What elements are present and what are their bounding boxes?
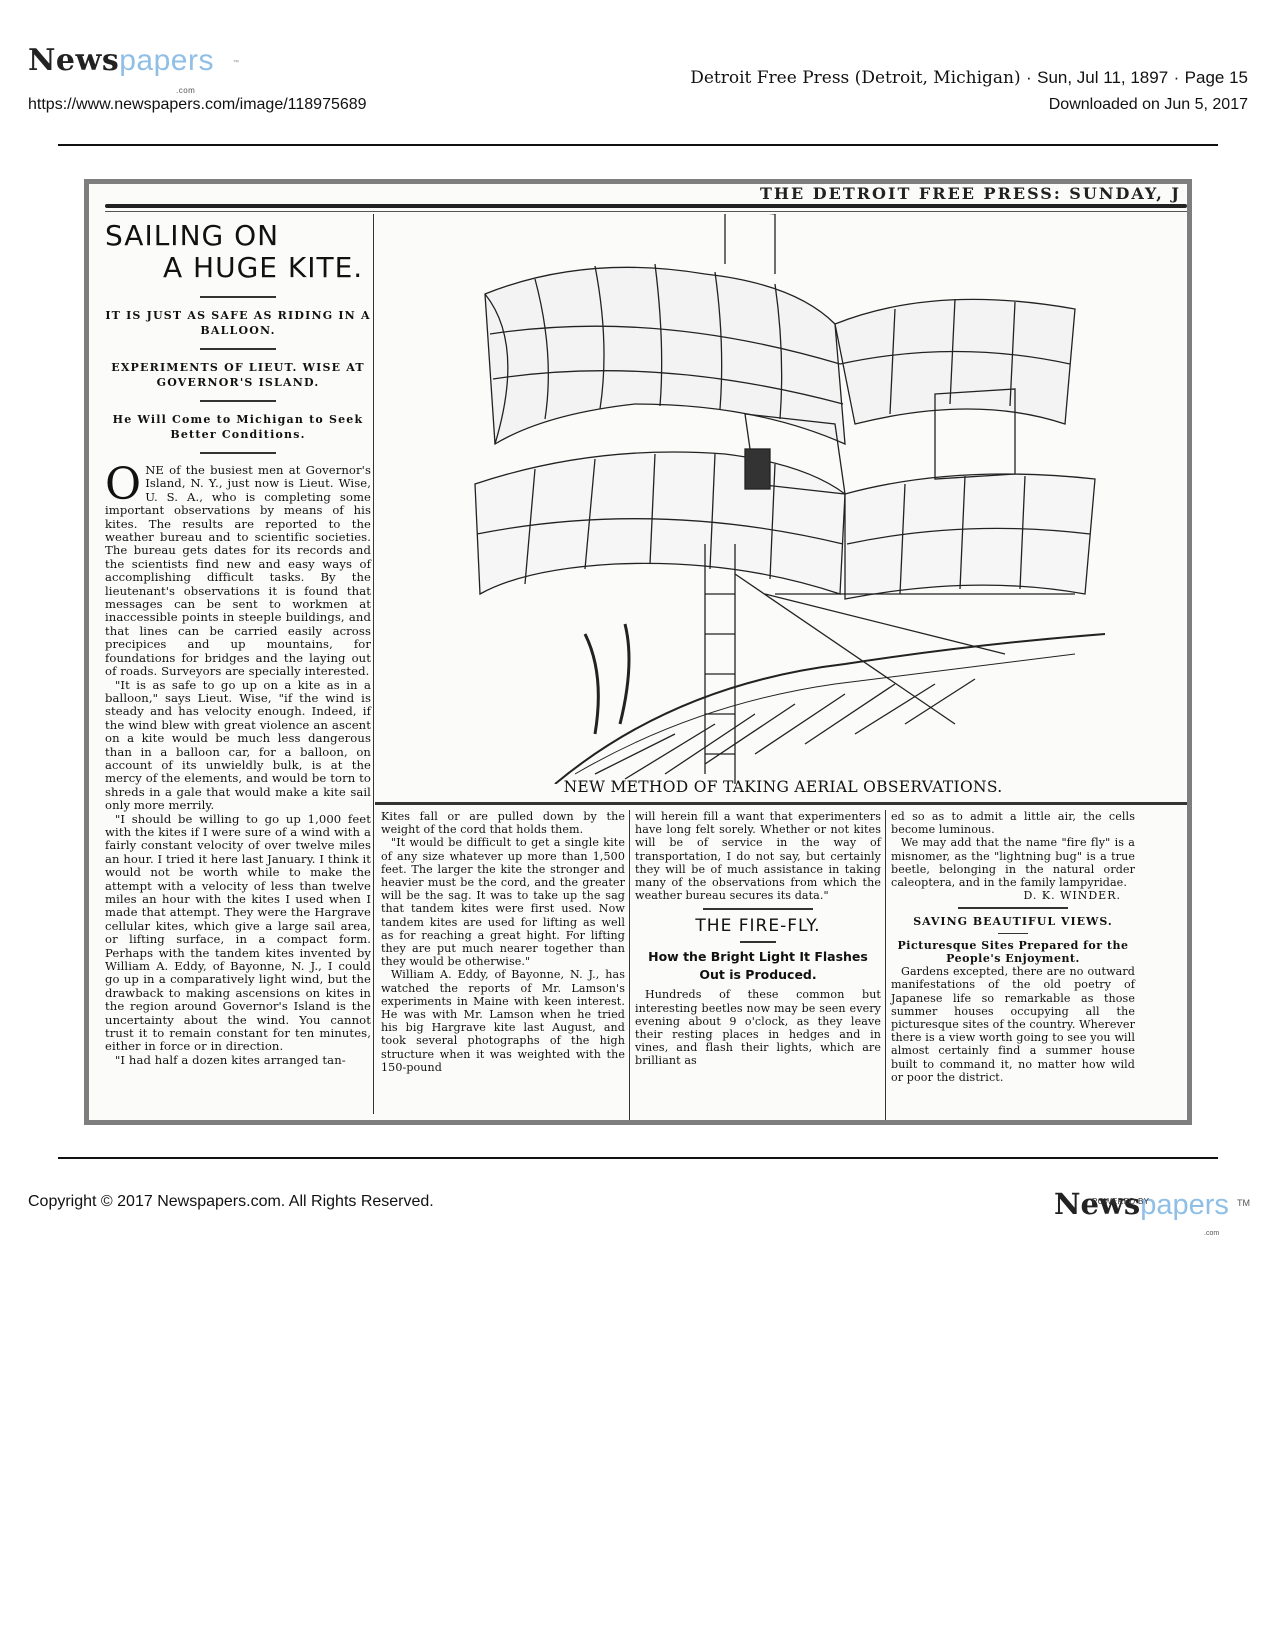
separator: · [1026, 68, 1032, 87]
paragraph: Kites fall or are pulled down by the wei… [381, 810, 625, 836]
divider [200, 348, 276, 350]
firefly-deck: How the Bright Light It Flashes Out is P… [635, 948, 881, 984]
powered-by-label: POWERED BY [1092, 1187, 1149, 1216]
masthead-rule [105, 204, 1187, 208]
publication-name: Detroit Free Press (Detroit, Michigan) [690, 68, 1020, 88]
deck-2: EXPERIMENTS OF LIEUT. WISE AT GOVERNOR'S… [105, 360, 371, 390]
article-headline: SAILING ON A HUGE KITE. [105, 220, 371, 284]
illustration-caption: NEW METHOD OF TAKING AERIAL OBSERVATIONS… [379, 778, 1187, 796]
article-body: will herein fill a want that experimente… [635, 810, 881, 902]
masthead: THE DETROIT FREE PRESS: SUNDAY, J [760, 184, 1181, 203]
image-url-link[interactable]: https://www.newspapers.com/image/1189756… [28, 96, 367, 114]
headline-line-2: A HUGE KITE. [105, 252, 371, 284]
publication-info: Detroit Free Press (Detroit, Michigan) ·… [690, 68, 1248, 88]
paragraph: "I had half a dozen kites arranged tan- [105, 1054, 371, 1067]
author-signature: D. K. WINDER. [891, 889, 1135, 902]
logo-suffix: .com [1204, 1219, 1219, 1248]
logo-text-dark: News [28, 43, 119, 78]
downloaded-date: Downloaded on Jun 5, 2017 [1049, 96, 1248, 114]
paragraph: ed so as to admit a little air, the cell… [891, 810, 1135, 836]
divider [200, 296, 276, 298]
caption-rule [375, 802, 1187, 805]
paragraph: NE of the busiest men at Governor's Isla… [105, 463, 371, 678]
article-kite-continued-col2: Kites fall or are pulled down by the wei… [381, 810, 625, 1074]
footer-divider [58, 1157, 1218, 1159]
deck-1: IT IS JUST AS SAFE AS RIDING IN A BALLOO… [105, 308, 371, 338]
divider [998, 933, 1028, 934]
paragraph: William A. Eddy, of Bayonne, N. J., has … [381, 968, 625, 1074]
headline-line-1: SAILING ON [105, 220, 371, 252]
newspaper-clipping: THE DETROIT FREE PRESS: SUNDAY, J SAILIN… [84, 179, 1192, 1125]
divider [958, 907, 1068, 909]
masthead-thin-rule [105, 211, 1187, 212]
deck-3: He Will Come to Michigan to Seek Better … [105, 412, 371, 442]
column-rule [629, 810, 630, 1120]
separator: · [1174, 68, 1180, 87]
clipping-content: THE DETROIT FREE PRESS: SUNDAY, J SAILIN… [89, 184, 1187, 1120]
paragraph: "It would be difficult to get a single k… [381, 836, 625, 968]
saving-views-deck: Picturesque Sites Prepared for the Peopl… [891, 939, 1135, 965]
article-body: Gardens excepted, there are no outward m… [891, 965, 1135, 1084]
divider [200, 452, 276, 454]
logo-text-light: papers [119, 44, 214, 77]
column-rule [373, 214, 374, 1114]
powered-by-newspapers-logo[interactable]: POWERED BY Newspapers TM .com [1054, 1190, 1229, 1220]
paragraph: Hundreds of these common but interesting… [635, 988, 881, 1067]
header-divider [58, 144, 1218, 146]
article-body: ed so as to admit a little air, the cell… [891, 810, 1135, 889]
article-body: Hundreds of these common but interesting… [635, 988, 881, 1067]
column-rule [885, 810, 886, 1120]
logo-tm: TM [1237, 1189, 1250, 1218]
paragraph: "It is as safe to go up on a kite as in … [105, 679, 371, 813]
paragraph: We may add that the name "fire fly" is a… [891, 836, 1135, 889]
firefly-headline: THE FIRE-FLY. [635, 916, 881, 936]
divider [703, 908, 813, 910]
logo-text-light: papers [1140, 1189, 1229, 1221]
article-firefly-column: will herein fill a want that experimente… [635, 810, 881, 1068]
divider [200, 400, 276, 402]
paragraph: Gardens excepted, there are no outward m… [891, 965, 1135, 1084]
drop-cap: O [105, 466, 141, 504]
saving-views-headline: SAVING BEAUTIFUL VIEWS. [891, 915, 1135, 928]
page-number: Page 15 [1185, 68, 1248, 87]
paragraph: "I should be willing to go up 1,000 feet… [105, 813, 371, 1054]
newspapers-logo[interactable]: Newspapers .com ™ [28, 46, 214, 76]
logo-tm: ™ [233, 48, 240, 78]
publication-date: Sun, Jul 11, 1897 [1037, 68, 1168, 87]
article-kite-column: SAILING ON A HUGE KITE. IT IS JUST AS SA… [105, 214, 371, 1067]
kite-illustration [375, 214, 1127, 784]
article-body: Kites fall or are pulled down by the wei… [381, 810, 625, 1074]
divider [740, 941, 776, 943]
paragraph: will herein fill a want that experimente… [635, 810, 881, 902]
article-saving-views-column: ed so as to admit a little air, the cell… [891, 810, 1135, 1084]
article-body: ONE of the busiest men at Governor's Isl… [105, 464, 371, 1067]
copyright-notice: Copyright © 2017 Newspapers.com. All Rig… [28, 1193, 434, 1211]
